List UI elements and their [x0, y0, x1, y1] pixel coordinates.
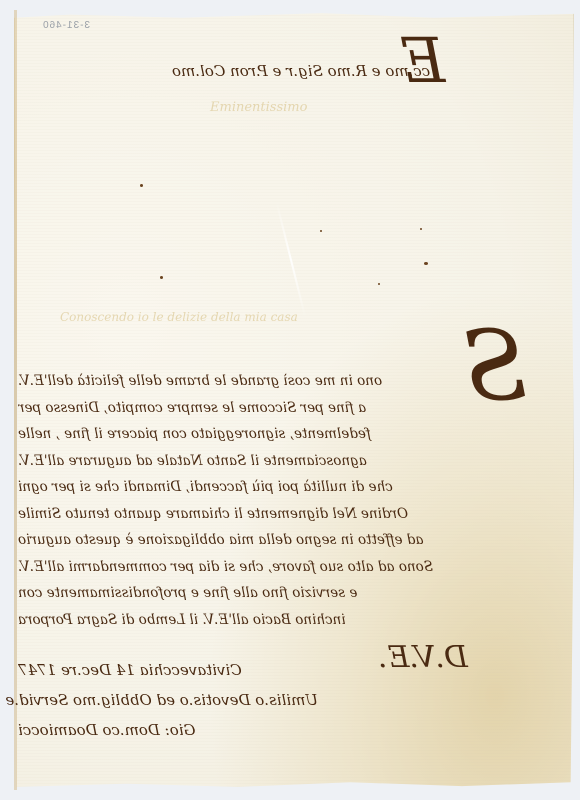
bleed-through-text-middle: Conoscendo io le delizie della mia casa	[60, 310, 298, 324]
signature-block: Civitavecchia 14 Dec.re 1747 Umilis.o De…	[18, 655, 318, 745]
ink-speck	[140, 184, 143, 187]
signer-name: Gio: Dom.co Doamiocci	[18, 715, 318, 745]
valediction-line: Umilis.o Devotis.o ed Obblig.mo Servid.e	[18, 685, 318, 715]
letter-line: a fine per Siccome le sempre compito, Di…	[18, 395, 468, 422]
ink-speck	[420, 228, 422, 230]
ink-speck	[160, 276, 163, 279]
letter-line: e servizio fino alle fine e profondissim…	[18, 580, 468, 607]
letter-line: ad effetto in segno della mia obbligazio…	[18, 527, 468, 554]
ink-speck	[320, 230, 322, 232]
letter-body: ono in me così grande le brame delle fel…	[18, 368, 468, 633]
paper-edge	[14, 10, 17, 790]
address-initial: E	[400, 30, 445, 92]
bleed-through-text-top: Eminentissimo	[210, 100, 307, 115]
letter-line: agnosciamente il Santo Natale ad augurar…	[18, 448, 468, 475]
archival-number: 3-31-460	[42, 20, 90, 31]
address-block: cc.mo e R.mo Sig.r e P.ron Col.mo	[172, 62, 430, 80]
closing-salutation: D.V.E.	[378, 640, 468, 675]
date-line: Civitavecchia 14 Dec.re 1747	[18, 655, 318, 685]
letter-line: fedelmente, signoreggiato con piacere il…	[18, 421, 468, 448]
letter-line: che di nullità poi più faccendi, Dimandi…	[18, 474, 468, 501]
letter-line: ono in me così grande le brame delle fel…	[18, 368, 468, 395]
letter-initial: S	[462, 318, 528, 414]
letter-line: Ordine Nel dignemente li chiamare quanto…	[18, 501, 468, 528]
document-scan: 3-31-460 E cc.mo e R.mo Sig.r e P.ron Co…	[0, 0, 580, 800]
address-line-1: cc.mo e R.mo Sig.r e P.ron Col.mo	[172, 62, 430, 80]
ink-speck	[424, 262, 428, 265]
letter-line: inchino Bacio all'E.V. il Lembo di Sagra…	[18, 607, 468, 634]
letter-line: Sono ad alto suo favore, che si dia per …	[18, 554, 468, 581]
ink-speck	[378, 283, 380, 285]
